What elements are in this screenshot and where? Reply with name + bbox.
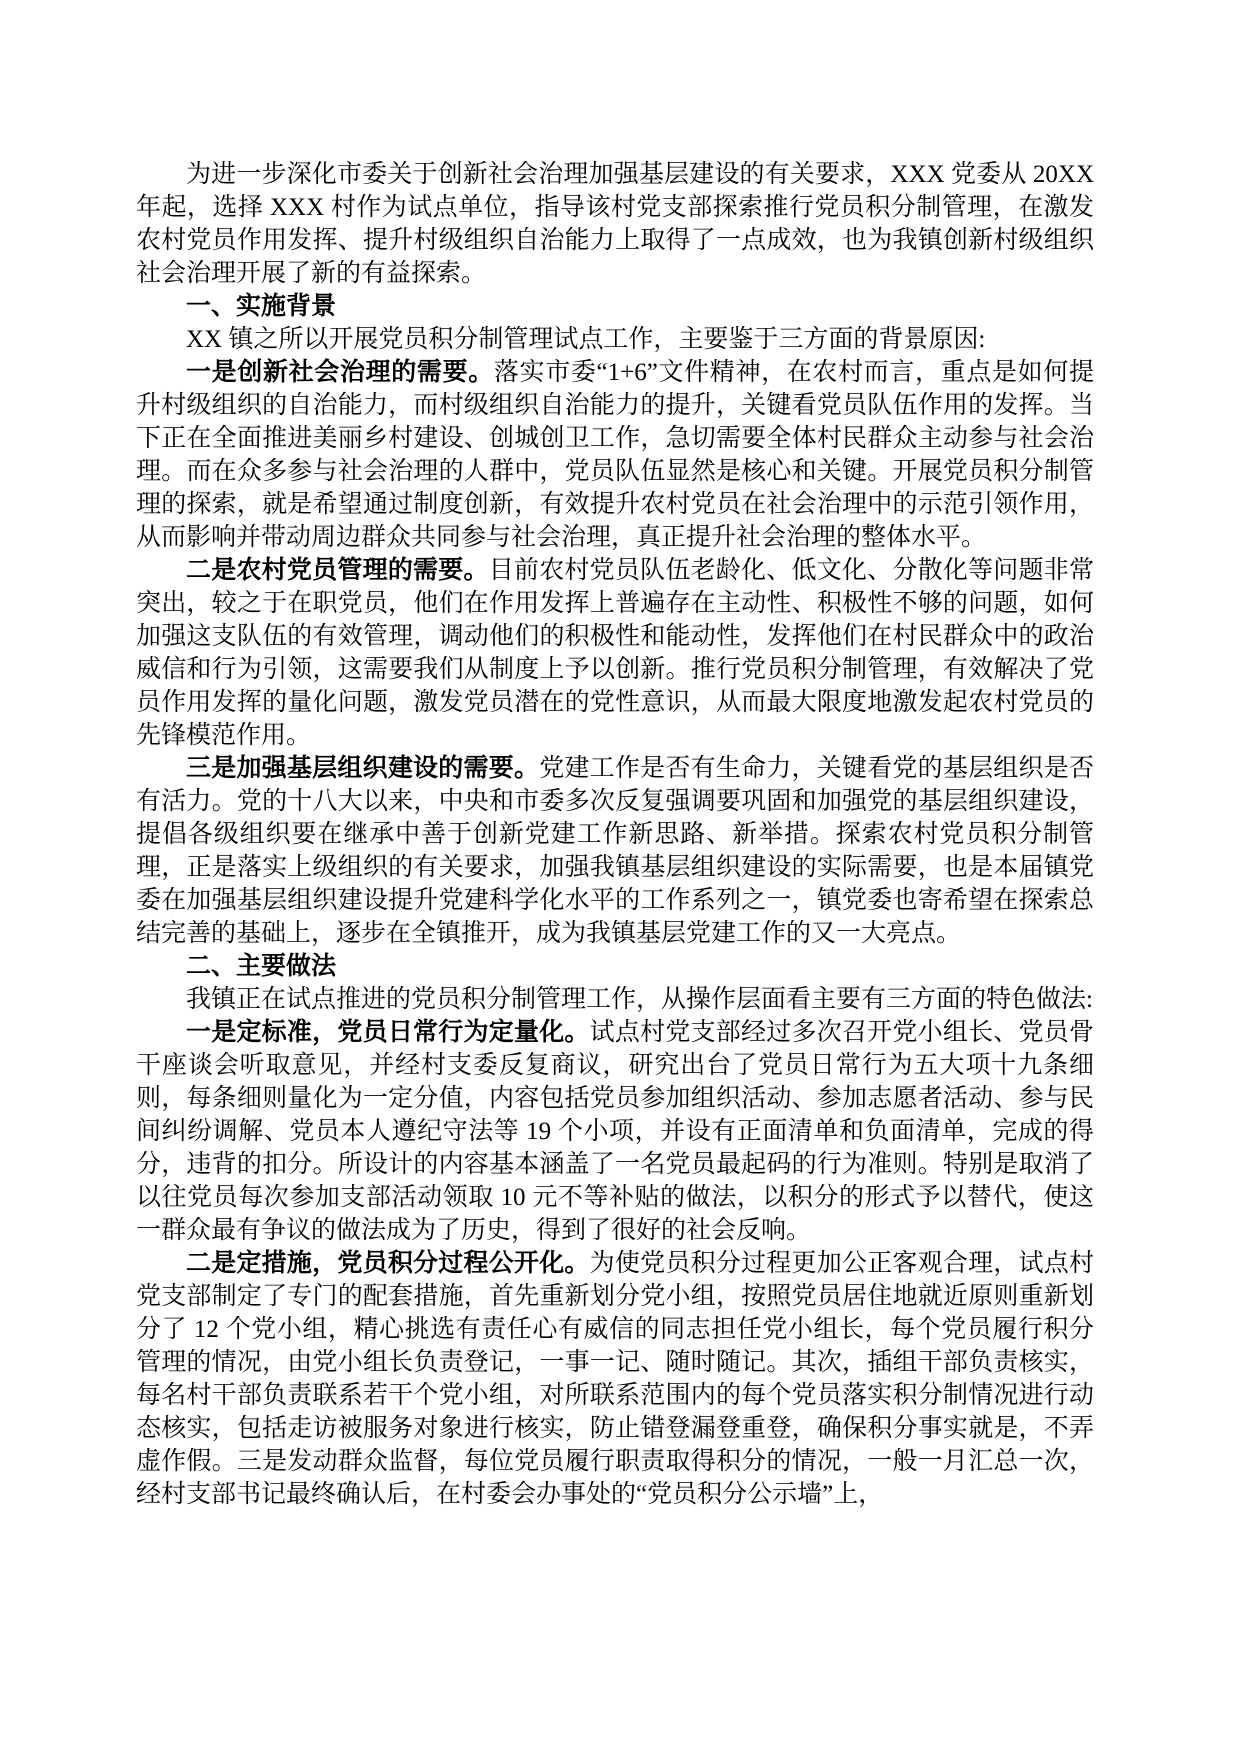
- bold-lead: 二是农村党员管理的需要。: [186, 556, 489, 584]
- paragraph-reason-2: 二是农村党员管理的需要。目前农村党员队伍老龄化、低文化、分散化等问题非常突出，较…: [136, 554, 1094, 752]
- heading-section-2: 二、主要做法: [136, 950, 1094, 983]
- paragraph-text: 目前农村党员队伍老龄化、低文化、分散化等问题非常突出，较之于在职党员，他们在作用…: [136, 557, 1094, 749]
- bold-lead: 三是加强基层组织建设的需要。: [186, 754, 539, 782]
- paragraph-intro: 为进一步深化市委关于创新社会治理加强基层建设的有关要求，XXX 党委从 20XX…: [136, 158, 1094, 290]
- bold-lead: 一是创新社会治理的需要。: [186, 358, 494, 386]
- document-page: 为进一步深化市委关于创新社会治理加强基层建设的有关要求，XXX 党委从 20XX…: [0, 0, 1240, 1754]
- paragraph-practice-1: 一是定标准，党员日常行为定量化。试点村党支部经过多次召开党小组长、党员骨干座谈会…: [136, 1016, 1094, 1247]
- paragraph-background-lede: XX 镇之所以开展党员积分制管理试点工作，主要鉴于三方面的背景原因:: [136, 323, 1094, 356]
- paragraph-practice-2: 二是定措施，党员积分过程公开化。为使党员积分过程更加公正客观合理，试点村党支部制…: [136, 1247, 1094, 1511]
- bold-lead: 二是定措施，党员积分过程公开化。: [186, 1249, 590, 1277]
- bold-lead: 一是定标准，党员日常行为定量化。: [186, 1018, 590, 1046]
- heading-section-1: 一、实施背景: [136, 290, 1094, 323]
- paragraph-text: XX 镇之所以开展党员积分制管理试点工作，主要鉴于三方面的背景原因:: [186, 326, 985, 353]
- paragraph-text: 我镇正在试点推进的党员积分制管理工作，从操作层面看主要有三方面的特色做法:: [186, 986, 1093, 1013]
- paragraph-reason-3: 三是加强基层组织建设的需要。党建工作是否有生命力，关键看党的基层组织是否有活力。…: [136, 752, 1094, 950]
- heading-text: 二、主要做法: [186, 952, 336, 980]
- heading-text: 一、实施背景: [186, 292, 336, 320]
- paragraph-reason-1: 一是创新社会治理的需要。落实市委“1+6”文件精神，在农村而言，重点是如何提升村…: [136, 356, 1094, 554]
- paragraph-practices-lede: 我镇正在试点推进的党员积分制管理工作，从操作层面看主要有三方面的特色做法:: [136, 983, 1094, 1016]
- paragraph-text: 落实市委“1+6”文件精神，在农村而言，重点是如何提升村级组织的自治能力，而村级…: [136, 359, 1094, 551]
- paragraph-text: 为使党员积分过程更加公正客观合理，试点村党支部制定了专门的配套措施，首先重新划分…: [136, 1250, 1094, 1508]
- paragraph-text: 试点村党支部经过多次召开党小组长、党员骨干座谈会听取意见，并经村支委反复商议，研…: [136, 1019, 1094, 1244]
- paragraph-text: 党建工作是否有生命力，关键看党的基层组织是否有活力。党的十八大以来，中央和市委多…: [136, 755, 1094, 947]
- paragraph-text: 为进一步深化市委关于创新社会治理加强基层建设的有关要求，XXX 党委从 20XX…: [136, 161, 1094, 287]
